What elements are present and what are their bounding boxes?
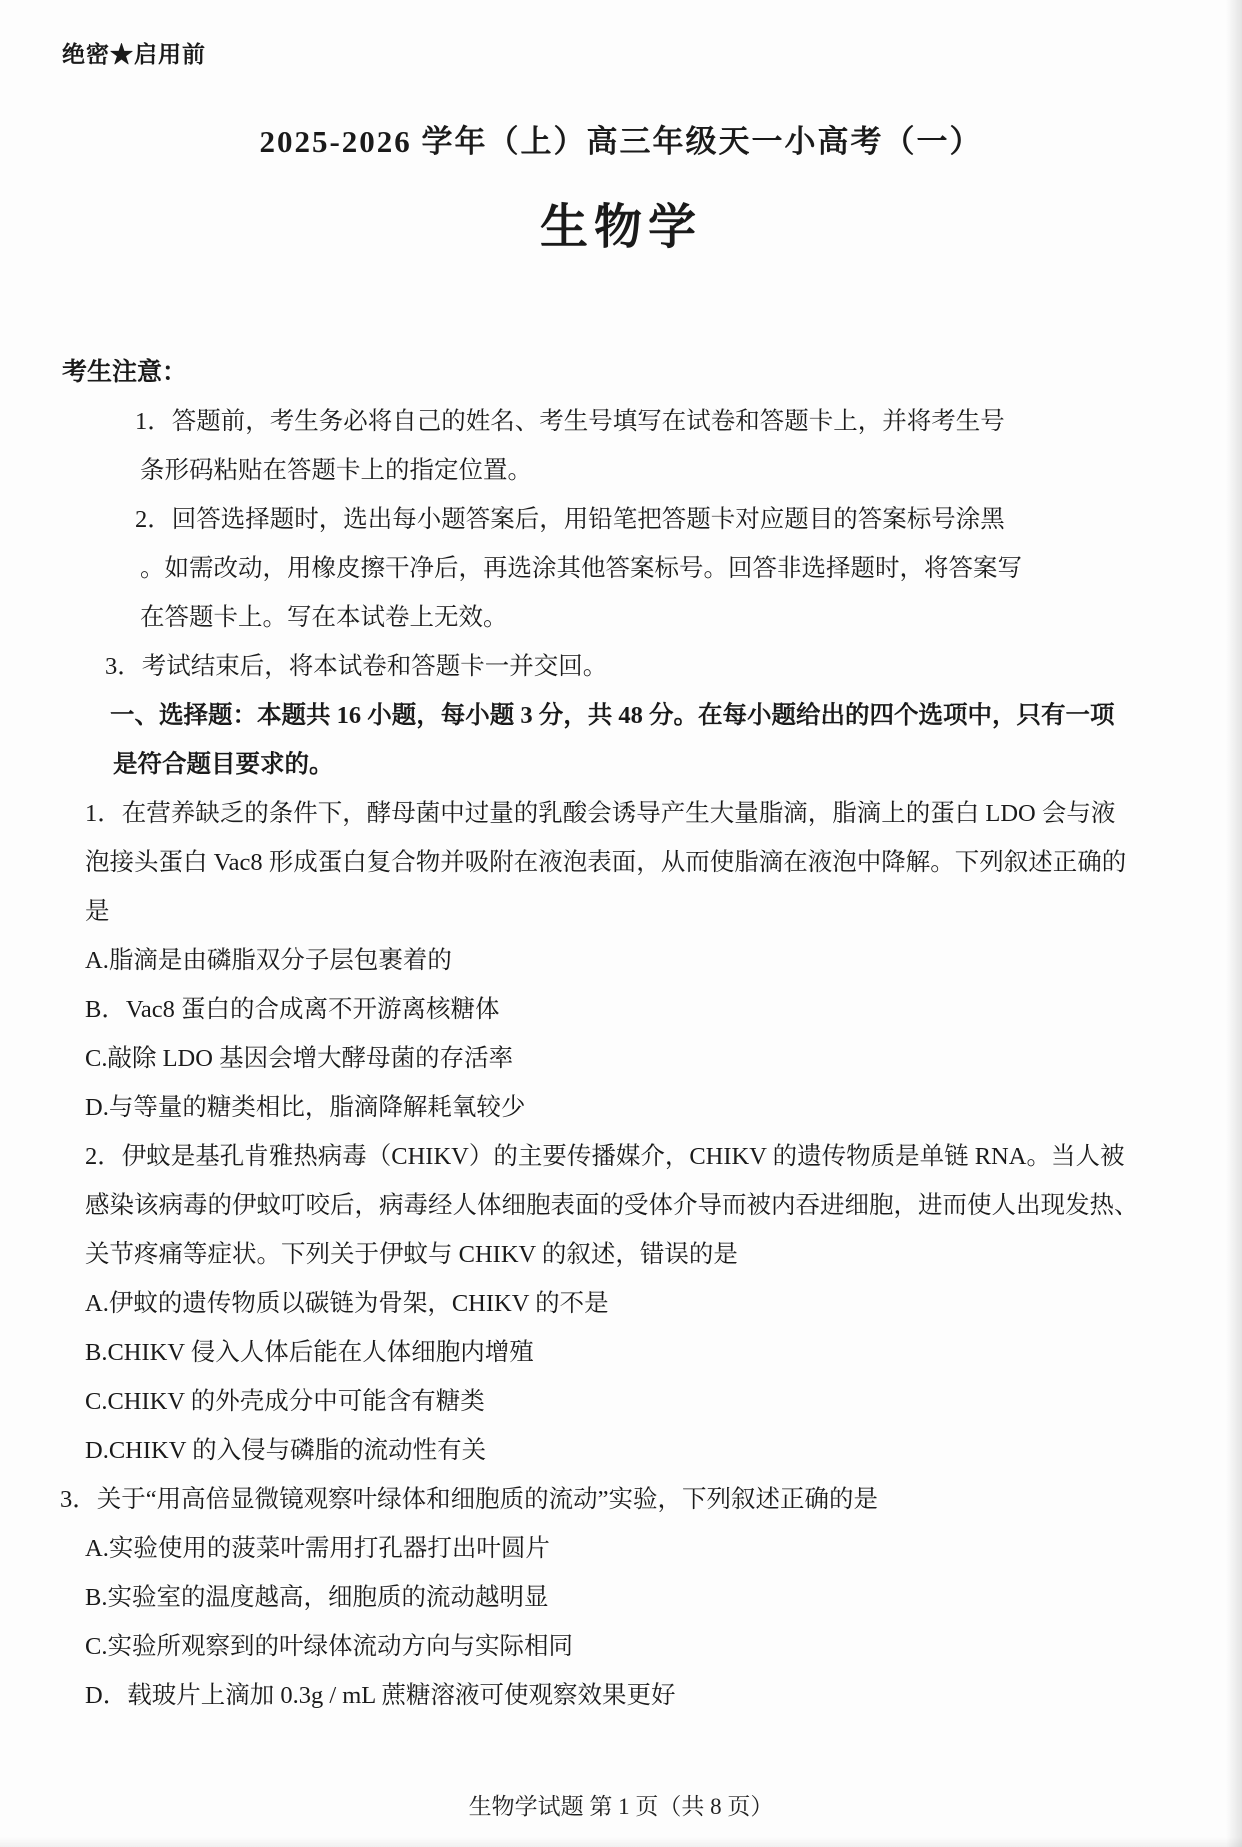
notice-item-2-line-2: 。如需改动，用橡皮擦干净后，再选涂其他答案标号。回答非选择题时，将答案写 — [140, 544, 1187, 593]
exam-title: 2025-2026 学年（上）高三年级天一小高考（一） — [0, 116, 1242, 161]
notice-item-1-line-1: 1．答题前，考生务必将自己的姓名、考生号填写在试卷和答题卡上，并将考生号 — [135, 397, 1187, 446]
notice-item-2-line-1: 2．回答选择题时，选出每小题答案后，用铅笔把答题卡对应题目的答案标号涂黑 — [135, 495, 1187, 544]
question-2-option-d: D.CHIKV 的入侵与磷脂的流动性有关 — [85, 1426, 1187, 1475]
classification-label: 绝密★启用前 — [62, 36, 206, 69]
question-1-stem-line-3: 是 — [85, 887, 1187, 936]
question-2-option-c: C.CHIKV 的外壳成分中可能含有糖类 — [85, 1377, 1187, 1426]
question-1-option-d: D.与等量的糖类相比，脂滴降解耗氧较少 — [85, 1083, 1187, 1132]
question-1-stem-line-1: 1．在营养缺乏的条件下，酵母菌中过量的乳酸会诱导产生大量脂滴，脂滴上的蛋白 LD… — [85, 789, 1187, 838]
section-heading-line-1: 一、选择题：本题共 16 小题，每小题 3 分，共 48 分。在每小题给出的四个… — [110, 691, 1187, 740]
question-3-stem-line-1: 3．关于“用高倍显微镜观察叶绿体和细胞质的流动”实验，下列叙述正确的是 — [60, 1475, 1187, 1524]
question-2-stem-line-2: 感染该病毒的伊蚊叮咬后，病毒经人体细胞表面的受体介导而被内吞进细胞，进而使人出现… — [85, 1181, 1187, 1230]
question-1-stem-line-2: 泡接头蛋白 Vac8 形成蛋白复合物并吸附在液泡表面，从而使脂滴在液泡中降解。下… — [85, 838, 1187, 887]
paper-body: 考生注意： 1．答题前，考生务必将自己的姓名、考生号填写在试卷和答题卡上，并将考… — [85, 348, 1187, 1720]
question-3-option-c: C.实验所观察到的叶绿体流动方向与实际相同 — [85, 1622, 1187, 1671]
section-heading-line-2: 是符合题目要求的。 — [113, 740, 1187, 789]
question-1: 1．在营养缺乏的条件下，酵母菌中过量的乳酸会诱导产生大量脂滴，脂滴上的蛋白 LD… — [85, 789, 1187, 1132]
question-2-stem-line-1: 2．伊蚊是基孔肯雅热病毒（CHIKV）的主要传播媒介，CHIKV 的遗传物质是单… — [85, 1132, 1187, 1181]
exam-paper-page: 绝密★启用前 2025-2026 学年（上）高三年级天一小高考（一） 生物学 考… — [0, 0, 1242, 1847]
subject-title: 生物学 — [0, 188, 1242, 257]
notice-heading: 考生注意： — [62, 348, 1187, 397]
question-2-option-b: B.CHIKV 侵入人体后能在人体细胞内增殖 — [85, 1328, 1187, 1377]
question-2: 2．伊蚊是基孔肯雅热病毒（CHIKV）的主要传播媒介，CHIKV 的遗传物质是单… — [85, 1132, 1187, 1475]
question-1-option-a: A.脂滴是由磷脂双分子层包裹着的 — [85, 936, 1187, 985]
question-2-option-a: A.伊蚊的遗传物质以碳链为骨架，CHIKV 的不是 — [85, 1279, 1187, 1328]
question-2-stem-line-3: 关节疼痛等症状。下列关于伊蚊与 CHIKV 的叙述，错误的是 — [85, 1230, 1187, 1279]
question-1-option-c: C.敲除 LDO 基因会增大酵母菌的存活率 — [85, 1034, 1187, 1083]
question-3-option-b: B.实验室的温度越高，细胞质的流动越明显 — [85, 1573, 1187, 1622]
notice-item-1-line-2: 条形码粘贴在答题卡上的指定位置。 — [140, 446, 1187, 495]
notice-item-3: 3．考试结束后，将本试卷和答题卡一并交回。 — [105, 642, 1187, 691]
notice-item-2-line-3: 在答题卡上。写在本试卷上无效。 — [140, 593, 1187, 642]
page-footer: 生物学试题 第 1 页（共 8 页） — [0, 1788, 1242, 1821]
question-3-option-d: D．载玻片上滴加 0.3g / mL 蔗糖溶液可使观察效果更好 — [85, 1671, 1187, 1720]
question-3-option-a: A.实验使用的菠菜叶需用打孔器打出叶圆片 — [85, 1524, 1187, 1573]
question-3: 3．关于“用高倍显微镜观察叶绿体和细胞质的流动”实验，下列叙述正确的是 A.实验… — [85, 1475, 1187, 1720]
question-1-option-b: B．Vac8 蛋白的合成离不开游离核糖体 — [85, 985, 1187, 1034]
